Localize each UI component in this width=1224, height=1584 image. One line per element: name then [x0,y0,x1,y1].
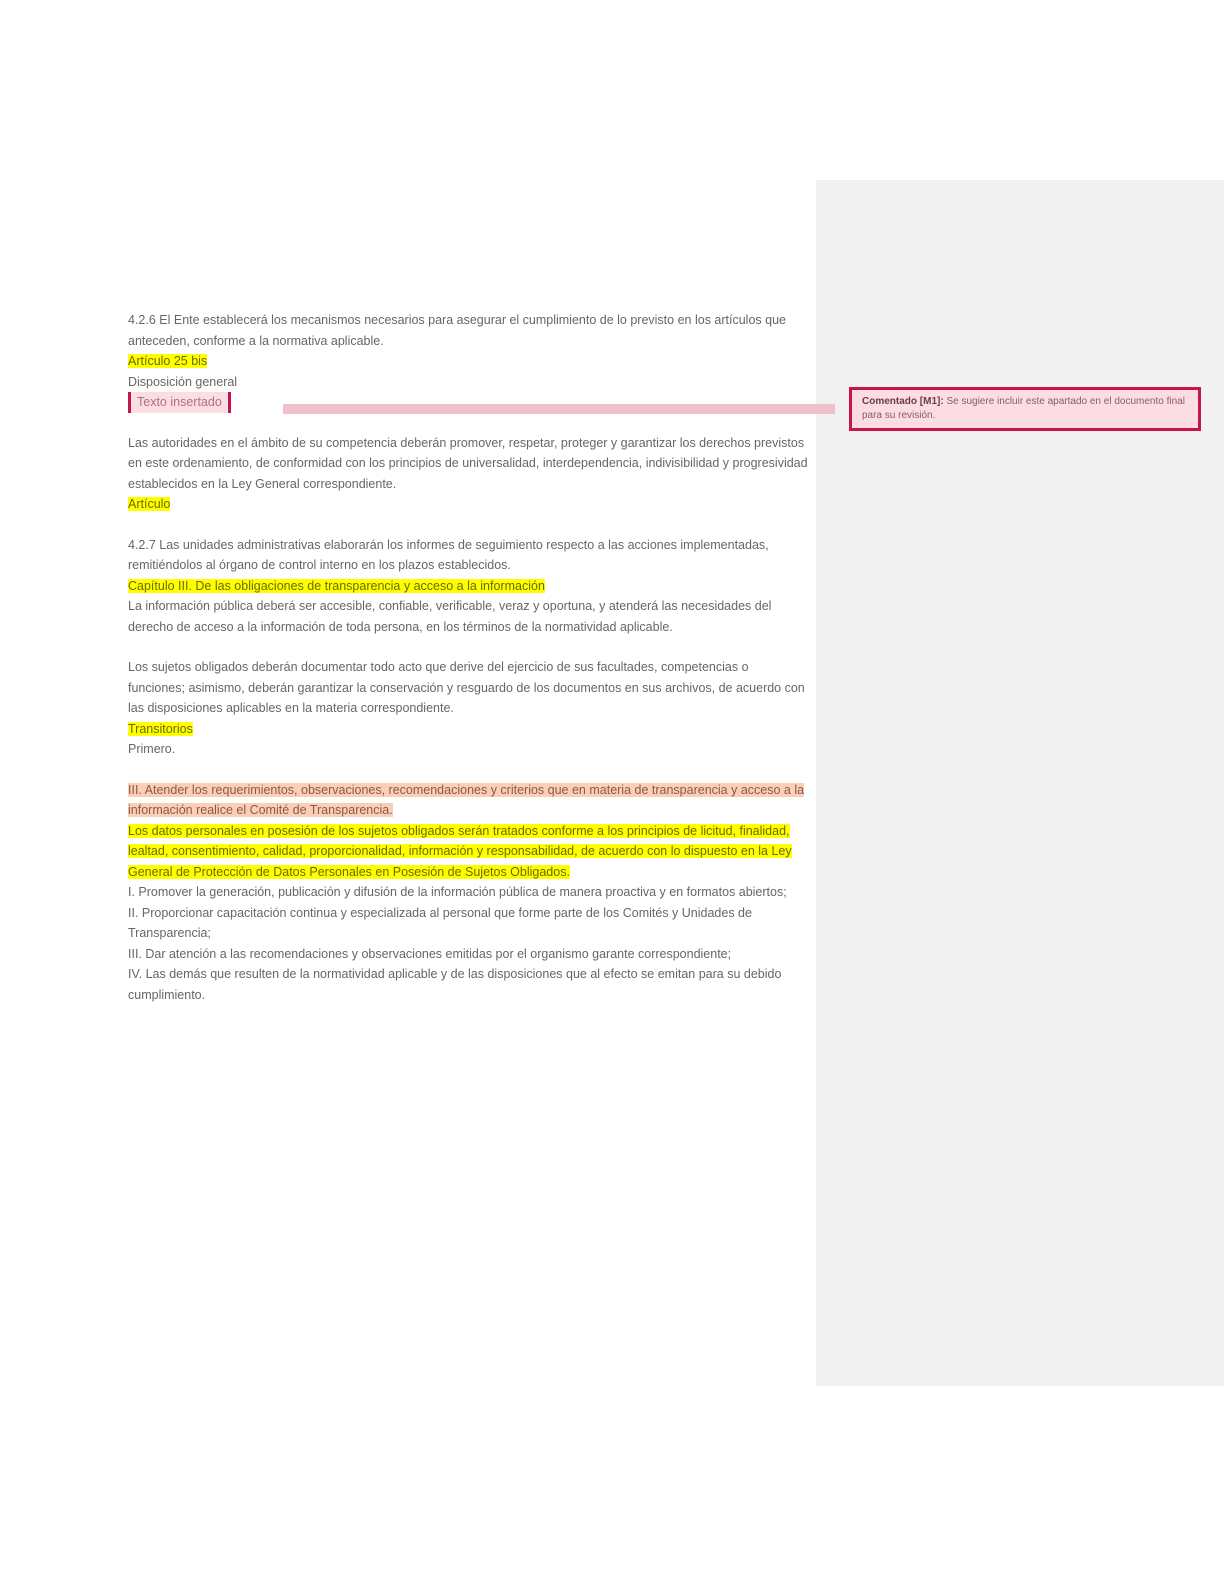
highlight-orange: III. Atender los requerimientos, observa… [128,783,804,818]
paragraph: Las autoridades en el ámbito de su compe… [128,433,808,495]
paragraph-text: 4.2.7 Las unidades administrativas elabo… [128,538,769,573]
paragraph-text: IV. Las demás que resulten de la normati… [128,967,781,1002]
highlighted-text: Artículo 25 bis [128,351,808,372]
paragraph-text: 4.2.6 El Ente establecerá los mecanismos… [128,313,786,348]
paragraph-spacer [128,637,808,657]
highlight-yellow: Capítulo III. De las obligaciones de tra… [128,579,545,593]
highlight-yellow: Artículo 25 bis [128,354,207,368]
document-body[interactable]: 4.2.6 El Ente establecerá los mecanismos… [128,310,808,1005]
inserted-text[interactable]: Texto insertado [128,392,231,413]
comments-margin-pane [816,180,1224,1386]
paragraph: Disposición general [128,372,808,393]
paragraph-text: II. Proporcionar capacitación continua y… [128,906,752,941]
paragraph-spacer [128,413,808,433]
paragraph-text: Las autoridades en el ámbito de su compe… [128,436,808,491]
paragraph-text: Los sujetos obligados deberán documentar… [128,660,805,715]
highlighted-text: Los datos personales en posesión de los … [128,821,808,883]
paragraph: Los sujetos obligados deberán documentar… [128,657,808,719]
paragraph: 4.2.6 El Ente establecerá los mecanismos… [128,310,808,351]
paragraph: IV. Las demás que resulten de la normati… [128,964,808,1005]
paragraph: III. Dar atención a las recomendaciones … [128,944,808,965]
highlight-yellow: Transitorios [128,722,193,736]
paragraph: La información pública deberá ser accesi… [128,596,808,637]
paragraph: I. Promover la generación, publicación y… [128,882,808,903]
highlight-yellow: Los datos personales en posesión de los … [128,824,792,879]
paragraph-text: Disposición general [128,375,237,389]
tracked-insertion: Texto insertado [128,392,808,413]
comment-balloon[interactable]: Comentado [M1]: Se sugiere incluir este … [849,387,1201,431]
paragraph-text: La información pública deberá ser accesi… [128,599,771,634]
paragraph: II. Proporcionar capacitación continua y… [128,903,808,944]
highlighted-text: III. Atender los requerimientos, observa… [128,780,808,821]
highlighted-text: Capítulo III. De las obligaciones de tra… [128,576,808,597]
highlighted-text: Artículo [128,494,808,515]
comment-author: Comentado [M1]: [862,396,944,407]
paragraph-text: Primero. [128,742,175,756]
paragraph-spacer [128,760,808,780]
paragraph-text: I. Promover la generación, publicación y… [128,885,787,899]
paragraph: 4.2.7 Las unidades administrativas elabo… [128,535,808,576]
paragraph-text: III. Dar atención a las recomendaciones … [128,947,731,961]
paragraph: Primero. [128,739,808,760]
highlight-yellow: Artículo [128,497,170,511]
highlighted-text: Transitorios [128,719,808,740]
paragraph-spacer [128,515,808,535]
